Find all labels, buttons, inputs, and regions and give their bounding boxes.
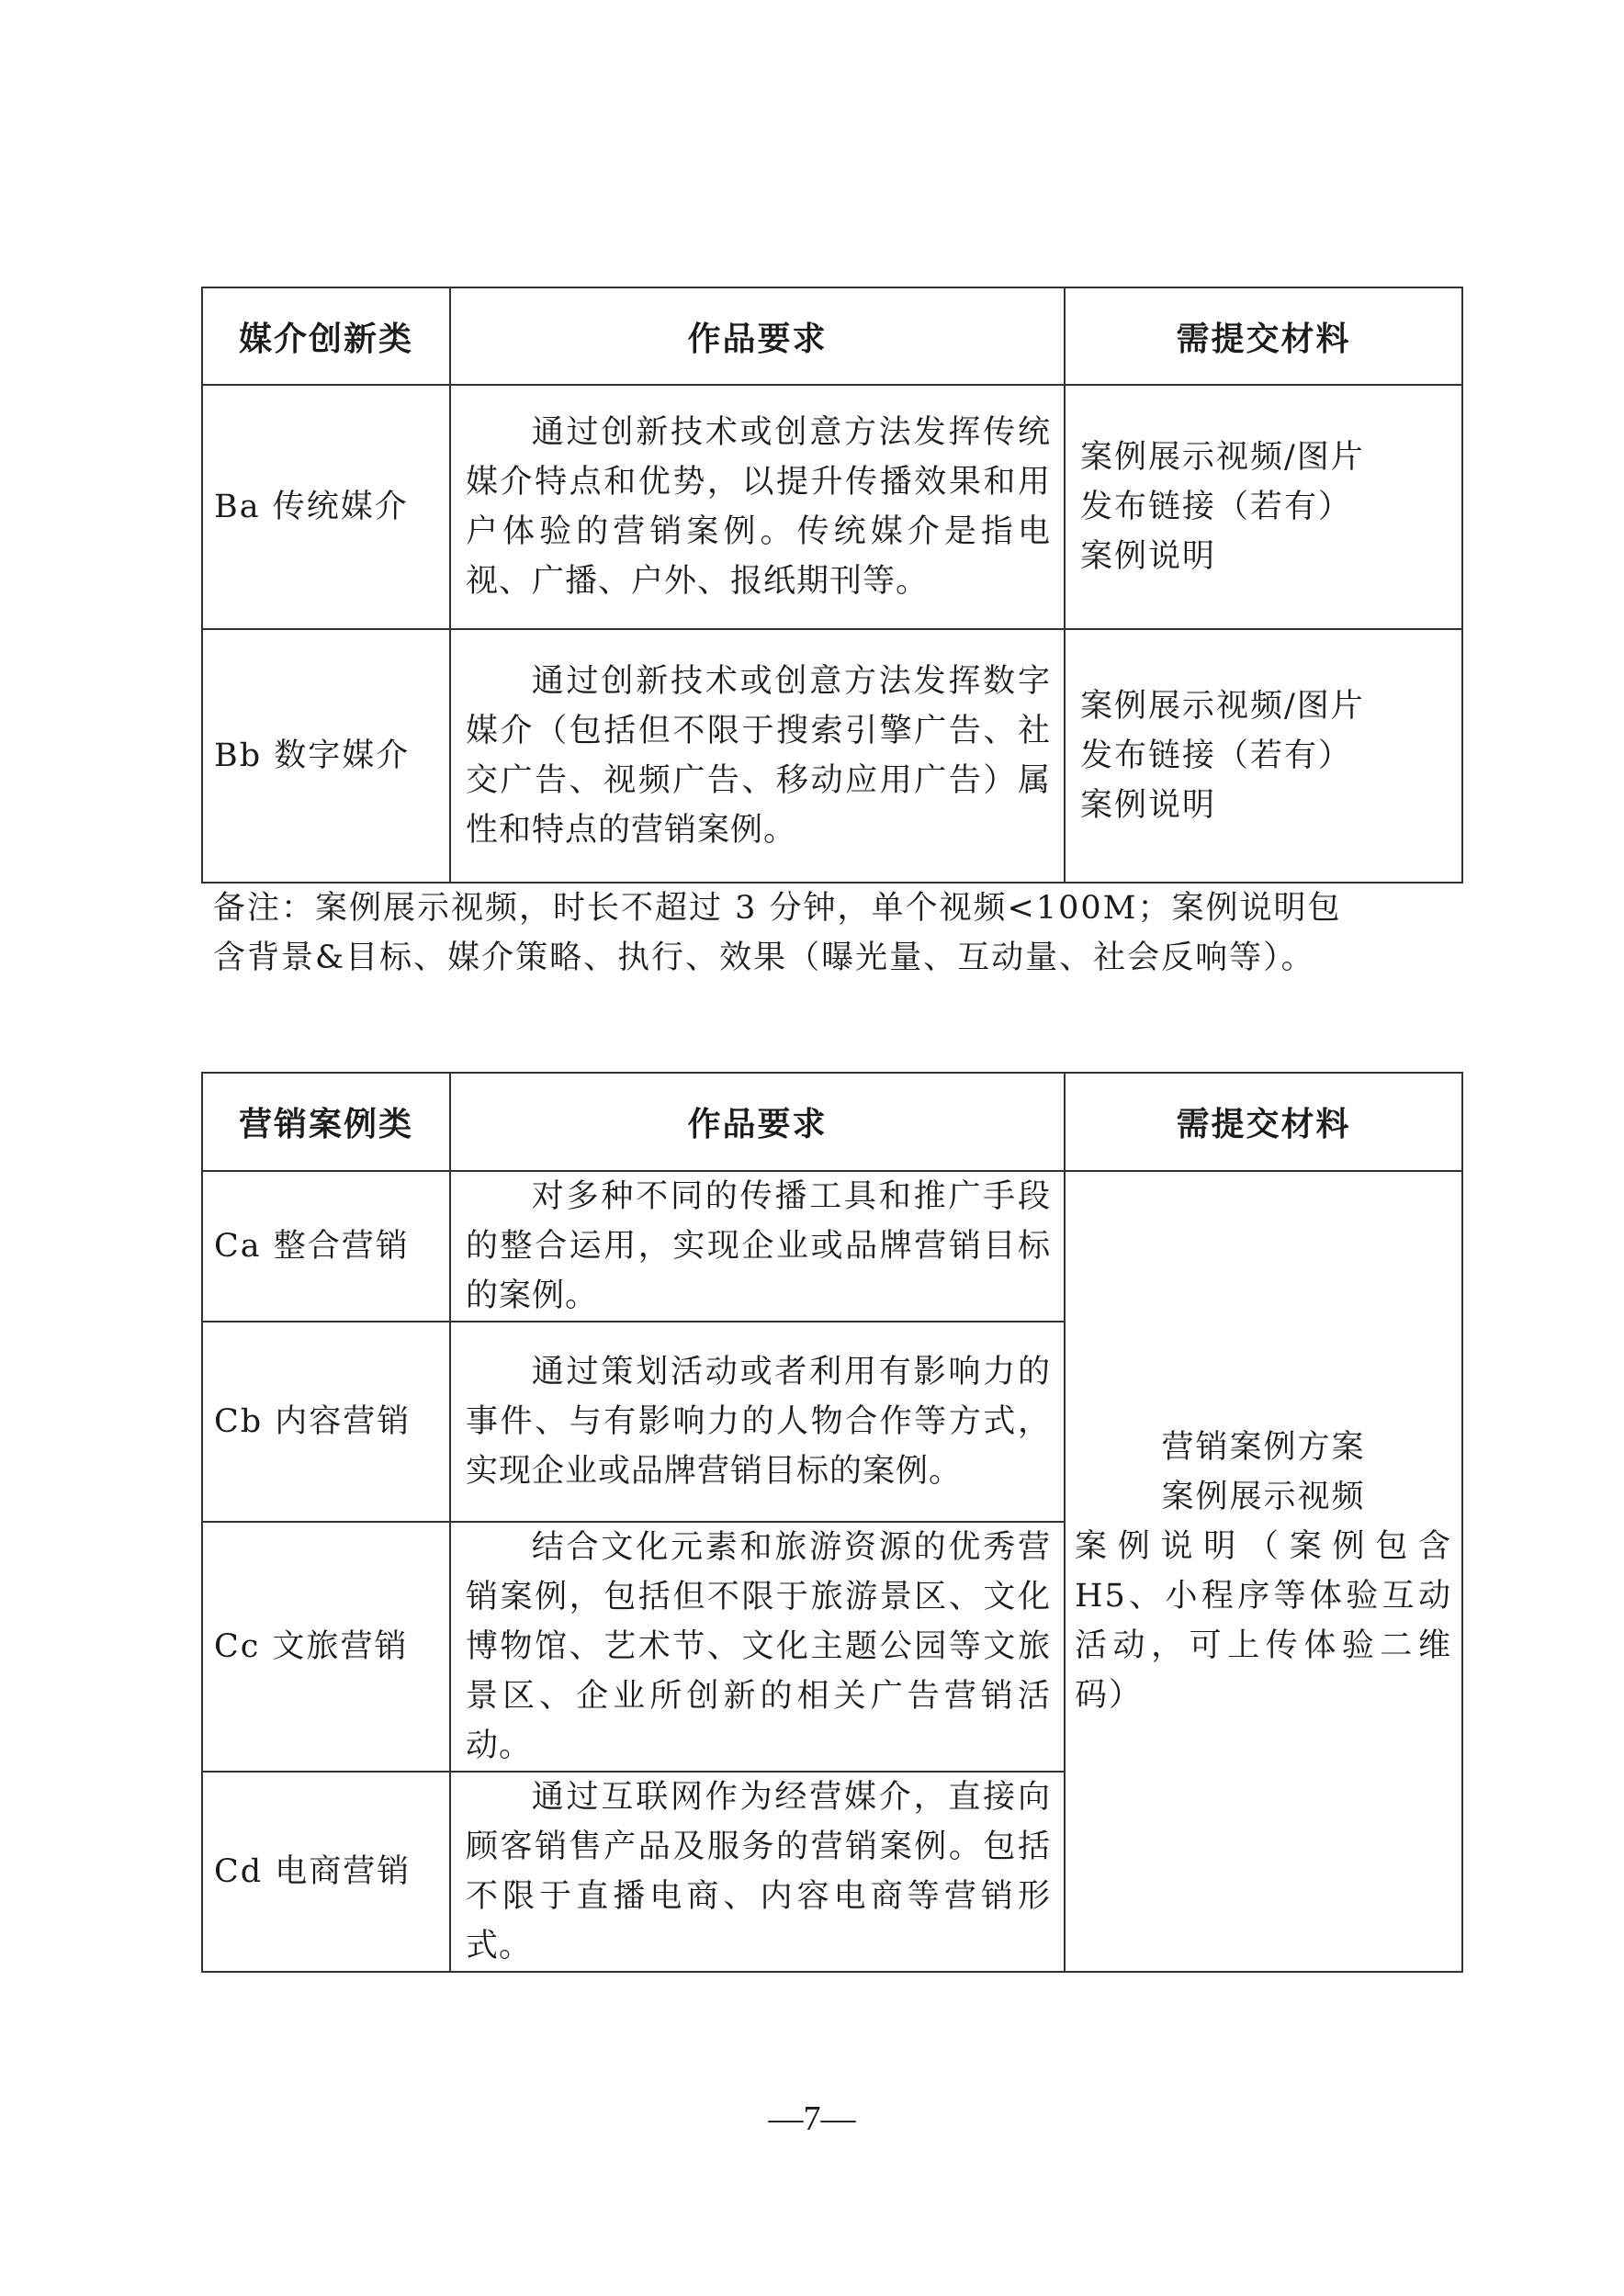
requirement-text: 通过策划活动或者利用有影响力的事件、与有影响力的人物合作等方式，实现企业或品牌营… [466,1354,1051,1490]
material-item: 案例展示视频 [1075,1472,1452,1522]
requirement-text: 通过创新技术或创意方法发挥传统媒介特点和优势，以提升传播效果和用户体验的营销案例… [466,414,1051,600]
requirement-cell: 通过创新技术或创意方法发挥传统媒介特点和优势，以提升传播效果和用户体验的营销案例… [450,385,1065,629]
table-row: Ca 整合营销 对多种不同的传播工具和推广手段的整合运用，实现企业或品牌营销目标… [202,1171,1462,1322]
table-header-row: 媒介创新类 作品要求 需提交材料 [202,287,1462,385]
material-item: 案例说明（案例包含H5、小程序等体验互动活动，可上传体验二维码） [1075,1522,1452,1720]
table-header-row: 营销案例类 作品要求 需提交材料 [202,1073,1462,1171]
category-cell: Bb 数字媒介 [202,629,450,883]
requirement-text: 对多种不同的传播工具和推广手段的整合运用，实现企业或品牌营销目标的案例。 [466,1178,1051,1314]
material-item: 发布链接（若有） [1080,482,1461,532]
table-row: Ba 传统媒介 通过创新技术或创意方法发挥传统媒介特点和优势，以提升传播效果和用… [202,385,1462,629]
note-text: 备注：案例展示视频，时长不超过 3 分钟，单个视频<100M；案例说明包 含背景… [213,884,1462,983]
media-innovation-table: 媒介创新类 作品要求 需提交材料 Ba 传统媒介 通过创新技术或创意方法发挥传统… [201,287,1463,884]
header-category: 媒介创新类 [202,287,450,385]
material-item: 案例说明 [1080,532,1461,581]
table-row: Bb 数字媒介 通过创新技术或创意方法发挥数字媒介（包括但不限于搜索引擎广告、社… [202,629,1462,883]
material-item: 营销案例方案 [1075,1423,1452,1472]
materials-cell: 案例展示视频/图片 发布链接（若有） 案例说明 [1065,629,1462,883]
shared-materials-cell: 营销案例方案 案例展示视频 案例说明（案例包含H5、小程序等体验互动活动，可上传… [1065,1171,1462,1972]
category-cell: Ba 传统媒介 [202,385,450,629]
header-category: 营销案例类 [202,1073,450,1171]
category-cell: Ca 整合营销 [202,1171,450,1322]
category-cell: Cb 内容营销 [202,1322,450,1522]
page-number: —7— [0,2099,1624,2139]
materials-cell: 案例展示视频/图片 发布链接（若有） 案例说明 [1065,385,1462,629]
requirement-text: 结合文化元素和旅游资源的优秀营销案例，包括但不限于旅游景区、文化博物馆、艺术节、… [466,1529,1051,1764]
requirement-cell: 通过创新技术或创意方法发挥数字媒介（包括但不限于搜索引擎广告、社交广告、视频广告… [450,629,1065,883]
note-line: 备注：案例展示视频，时长不超过 3 分钟，单个视频<100M；案例说明包 [213,884,1462,933]
requirement-cell: 结合文化元素和旅游资源的优秀营销案例，包括但不限于旅游景区、文化博物馆、艺术节、… [450,1522,1065,1772]
material-item: 发布链接（若有） [1080,731,1461,781]
note-line: 含背景&目标、媒介策略、执行、效果（曝光量、互动量、社会反响等）。 [213,933,1462,983]
material-item: 案例展示视频/图片 [1080,433,1461,482]
category-cell: Cc 文旅营销 [202,1522,450,1772]
requirement-cell: 通过互联网作为经营媒介，直接向顾客销售产品及服务的营销案例。包括不限于直播电商、… [450,1772,1065,1972]
header-materials: 需提交材料 [1065,287,1462,385]
category-cell: Cd 电商营销 [202,1772,450,1972]
requirement-text: 通过互联网作为经营媒介，直接向顾客销售产品及服务的营销案例。包括不限于直播电商、… [466,1779,1051,1964]
header-requirement: 作品要求 [450,1073,1065,1171]
header-materials: 需提交材料 [1065,1073,1462,1171]
requirement-cell: 对多种不同的传播工具和推广手段的整合运用，实现企业或品牌营销目标的案例。 [450,1171,1065,1322]
requirement-cell: 通过策划活动或者利用有影响力的事件、与有影响力的人物合作等方式，实现企业或品牌营… [450,1322,1065,1522]
material-item: 案例说明 [1080,781,1461,830]
header-requirement: 作品要求 [450,287,1065,385]
requirement-text: 通过创新技术或创意方法发挥数字媒介（包括但不限于搜索引擎广告、社交广告、视频广告… [466,663,1051,849]
marketing-case-table: 营销案例类 作品要求 需提交材料 Ca 整合营销 对多种不同的传播工具和推广手段… [201,1072,1463,1973]
material-item: 案例展示视频/图片 [1080,681,1461,731]
